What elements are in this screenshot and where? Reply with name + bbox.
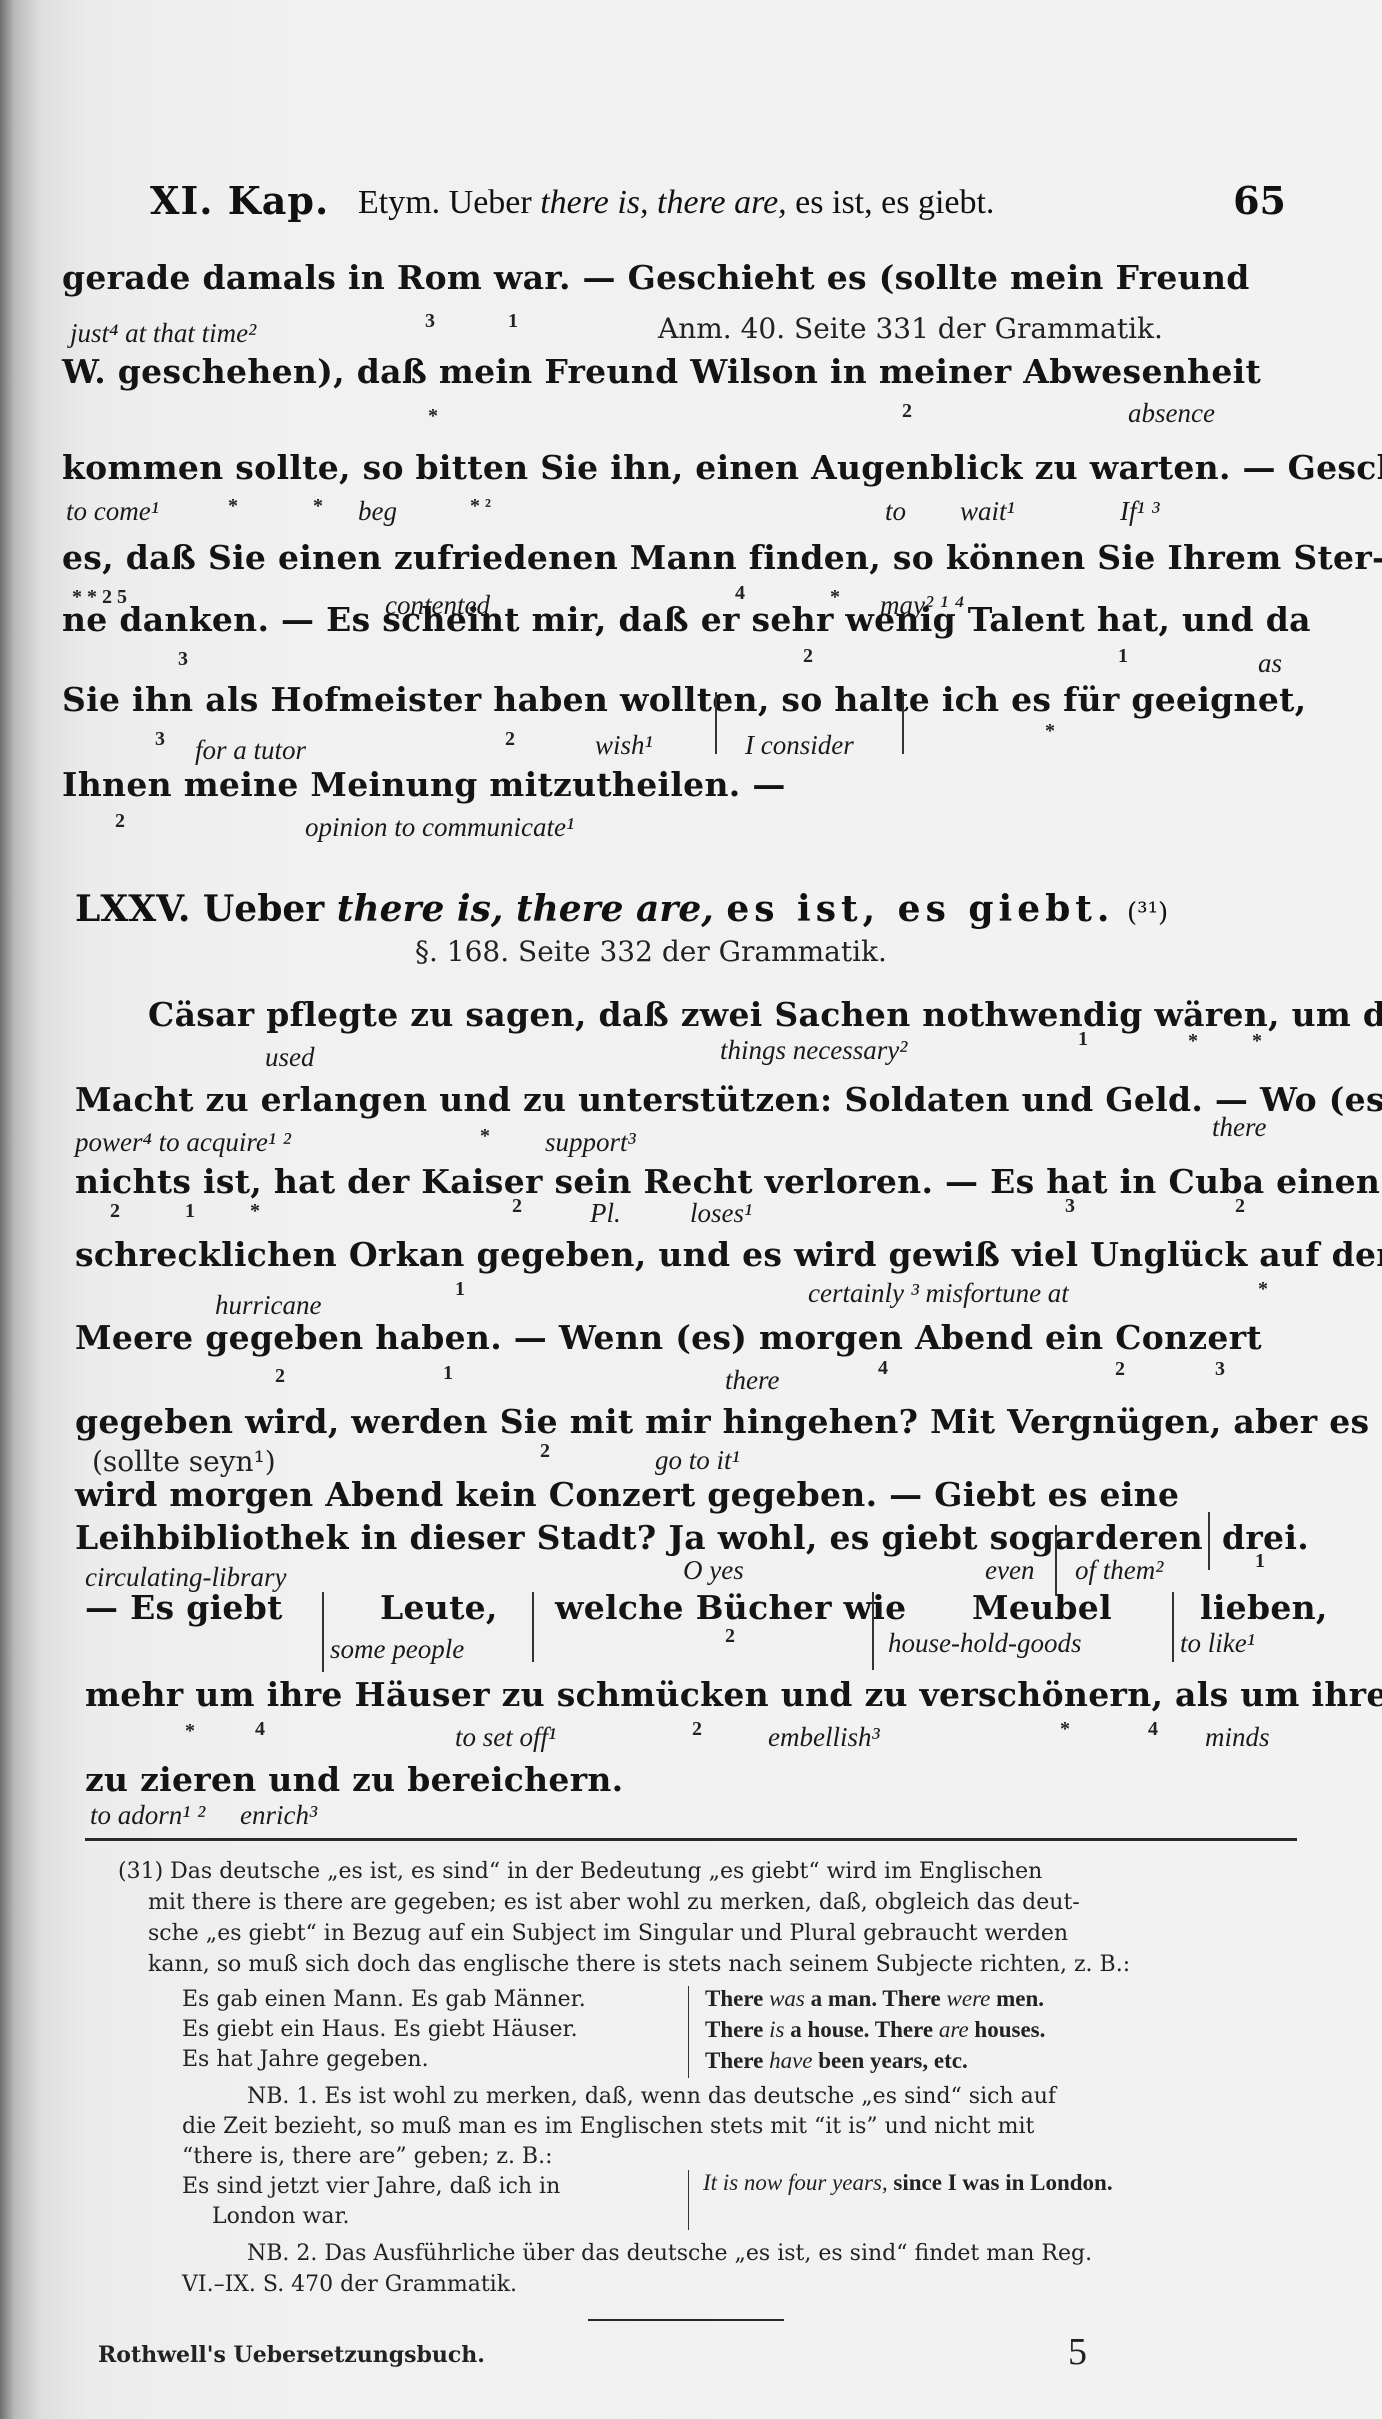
bracket-divider [1055, 1525, 1057, 1595]
english-gloss: for a tutor [195, 735, 306, 766]
german-text-line: Ihnen meine Meinung mitzutheilen. — [62, 765, 786, 804]
word-order-mark: 3 [425, 310, 435, 333]
word-order-mark: 2 [1115, 1358, 1125, 1381]
english-gloss: hurricane [215, 1290, 321, 1321]
english-gloss: just⁴ at that time² [70, 318, 256, 349]
word-order-mark: * [1188, 1030, 1198, 1053]
grammar-reference: (sollte seyn¹) [92, 1445, 276, 1478]
english-gloss: opinion to communicate¹ [305, 812, 574, 843]
german-text-line: — Es giebt [85, 1588, 283, 1627]
bracket-divider [532, 1592, 534, 1662]
english-gloss: there [1212, 1112, 1266, 1143]
english-gloss: as [1258, 648, 1282, 679]
english-gloss: minds [1205, 1722, 1270, 1753]
german-text-line: lieben, [1200, 1588, 1328, 1627]
german-text-line: es, daß Sie einen zufriedenen Mann finde… [62, 538, 1382, 577]
english-gloss: to [885, 496, 906, 527]
german-text-line: Sie ihn als Hofmeister haben wollten, so… [62, 680, 1306, 719]
word-order-mark: 1 [1255, 1550, 1265, 1573]
word-order-mark: 2 [725, 1625, 735, 1648]
english-gloss: power⁴ to acquire¹ ² [75, 1127, 291, 1158]
english-gloss: certainly ³ misfortune at [808, 1278, 1069, 1309]
word-order-mark: 2 [692, 1718, 702, 1741]
header-title: Etym. Ueber there is, there are, es ist,… [358, 184, 994, 222]
word-order-mark: 2 [540, 1440, 550, 1463]
word-order-mark: * [228, 495, 238, 518]
german-text-line: gegeben wird, werden Sie mit mir hingehe… [75, 1402, 1369, 1441]
word-order-mark: 1 [508, 310, 518, 333]
word-order-mark: 2 [110, 1200, 120, 1223]
word-order-mark: 2 [512, 1195, 522, 1218]
word-order-mark: * [480, 1125, 490, 1148]
signature-mark: 5 [1068, 2330, 1087, 2374]
bracket-divider [322, 1592, 324, 1672]
word-order-mark: * [1258, 1278, 1268, 1301]
english-gloss: wish¹ [595, 730, 653, 761]
chapter-label: XI. Kap. [150, 178, 329, 223]
word-order-mark: 1 [455, 1278, 465, 1301]
english-gloss: some people [330, 1634, 464, 1665]
footnote-reference: (³¹) [1127, 898, 1168, 928]
english-gloss: go to it¹ [655, 1445, 740, 1476]
word-order-mark: * [1045, 720, 1055, 743]
word-order-mark: * [185, 1720, 195, 1743]
word-order-mark: 2 [1235, 1195, 1245, 1218]
english-gloss: Pl. [590, 1198, 621, 1229]
word-order-mark: 1 [1118, 645, 1128, 668]
word-order-mark: 3 [178, 648, 188, 671]
german-text-line: Leute, [380, 1588, 498, 1627]
word-order-mark: 2 [115, 810, 125, 833]
word-order-mark: 2 [505, 728, 515, 751]
nb-1-example-english: It is now four years, since I was in Lon… [703, 2170, 1113, 2196]
bracket-divider [715, 692, 717, 754]
word-order-mark: 2 [902, 400, 912, 423]
german-text-line: welche Bücher wie [555, 1588, 906, 1627]
word-order-mark: 3 [1215, 1358, 1225, 1381]
english-gloss: loses¹ [690, 1198, 752, 1229]
bracket-divider [872, 1592, 874, 1670]
grammar-reference: Anm. 40. Seite 331 der Grammatik. [658, 312, 1163, 345]
word-order-mark: 4 [878, 1357, 888, 1380]
book-page: XI. Kap. Etym. Ueber there is, there are… [0, 0, 1382, 2419]
german-text-line: Meere gegeben haben. — Wenn (es) morgen … [75, 1318, 1262, 1357]
english-gloss: If¹ ³ [1120, 496, 1159, 527]
footnote-examples-german: Es gab einen Mann. Es gab Männer. Es gie… [182, 1985, 586, 2075]
english-gloss: of them² [1075, 1555, 1163, 1586]
nb-2: NB. 2. Das Ausführliche über das deutsch… [182, 2238, 1092, 2300]
book-title-footer: Rothwell's Uebersetzungsbuch. [98, 2342, 485, 2368]
german-text-line: deren [1095, 1518, 1203, 1557]
word-order-mark: * [313, 495, 323, 518]
german-text-line: gerade damals in Rom war. — Geschieht es… [62, 258, 1250, 297]
bracket-divider [902, 692, 904, 754]
english-gloss: used [265, 1042, 315, 1073]
german-text-line: kommen sollte, so bitten Sie ihn, einen … [62, 448, 1382, 487]
word-order-mark: 1 [443, 1362, 453, 1385]
word-order-mark: * [428, 405, 438, 428]
footnote-rule [85, 1838, 1297, 1841]
german-text-line: Macht zu erlangen und zu unterstützen: S… [75, 1080, 1382, 1119]
german-text-line: nichts ist, hat der Kaiser sein Recht ve… [75, 1162, 1380, 1201]
german-text-line: W. geschehen), daß mein Freund Wilson in… [62, 352, 1261, 391]
nb-1-example-german: Es sind jetzt vier Jahre, daß ich in Lon… [182, 2172, 560, 2232]
english-gloss: to set off¹ [455, 1722, 556, 1753]
english-gloss: to like¹ [1180, 1628, 1255, 1659]
english-gloss: there [725, 1365, 779, 1396]
english-gloss: to come¹ [66, 496, 159, 527]
footnote-31: (31) Das deutsche „es ist, es sind“ in d… [118, 1856, 1130, 1980]
german-text-line: Cäsar pflegte zu sagen, daß zwei Sachen … [148, 995, 1382, 1034]
word-order-mark: * [1252, 1030, 1262, 1053]
word-order-mark: 4 [1148, 1718, 1158, 1741]
example-divider [688, 1986, 689, 2078]
english-gloss: wait¹ [960, 496, 1015, 527]
bracket-divider [1172, 1592, 1174, 1662]
german-text-line: schrecklichen Orkan gegeben, und es wird… [75, 1235, 1382, 1274]
english-gloss: house-hold-goods [888, 1628, 1081, 1659]
word-order-mark: 4 [255, 1718, 265, 1741]
nb-1: NB. 1. Es ist wohl zu merken, daß, wenn … [182, 2082, 1056, 2172]
grammar-reference: §. 168. Seite 332 der Grammatik. [415, 935, 887, 968]
english-gloss: beg [358, 496, 397, 527]
english-gloss: absence [1128, 398, 1215, 429]
german-text-line: Meubel [972, 1588, 1112, 1627]
word-order-mark: 3 [155, 728, 165, 751]
german-text-line: Leihbibliothek in dieser Stadt? Ja wohl,… [75, 1518, 1094, 1557]
end-rule [588, 2319, 784, 2321]
word-order-mark: * [1060, 1718, 1070, 1741]
example-en-row: There is a house. There are houses. [705, 2014, 1045, 2045]
english-gloss: things necessary² [720, 1035, 907, 1066]
word-order-mark: 3 [1065, 1195, 1075, 1218]
word-order-mark: * ² [470, 495, 491, 518]
german-text-line: ne danken. — Es scheint mir, daß er sehr… [62, 600, 1311, 639]
example-en-row: There was a man. There were men. [705, 1983, 1045, 2014]
word-order-mark: 2 [803, 645, 813, 668]
english-gloss: to adorn¹ ² [90, 1800, 205, 1831]
english-gloss: embellish³ [768, 1722, 880, 1753]
word-order-mark: 1 [1078, 1028, 1088, 1051]
english-gloss: O yes [683, 1555, 744, 1586]
german-text-line: wird morgen Abend kein Conzert gegeben. … [75, 1475, 1179, 1514]
german-text-line: drei. [1222, 1518, 1309, 1557]
word-order-mark: * [250, 1200, 260, 1223]
english-gloss: support³ [545, 1127, 636, 1158]
word-order-mark: 1 [185, 1200, 195, 1223]
english-gloss: I consider [745, 730, 854, 761]
english-gloss: even [985, 1555, 1034, 1586]
section-heading: LXXV. Ueber there is, there are, es ist,… [75, 888, 1168, 930]
german-text-line: mehr um ihre Häuser zu schmücken und zu … [85, 1675, 1382, 1714]
page-number: 65 [1233, 178, 1286, 223]
example-divider [688, 2170, 689, 2230]
running-header: XI. Kap. Etym. Ueber there is, there are… [138, 178, 1298, 238]
german-text-line: zu zieren und zu bereichern. [85, 1760, 623, 1799]
bracket-divider [1208, 1512, 1210, 1570]
english-gloss: enrich³ [240, 1800, 317, 1831]
word-order-mark: 2 [275, 1365, 285, 1388]
footnote-examples-english: There was a man. There were men. There i… [705, 1983, 1045, 2076]
example-en-row: There have been years, etc. [705, 2045, 1045, 2076]
